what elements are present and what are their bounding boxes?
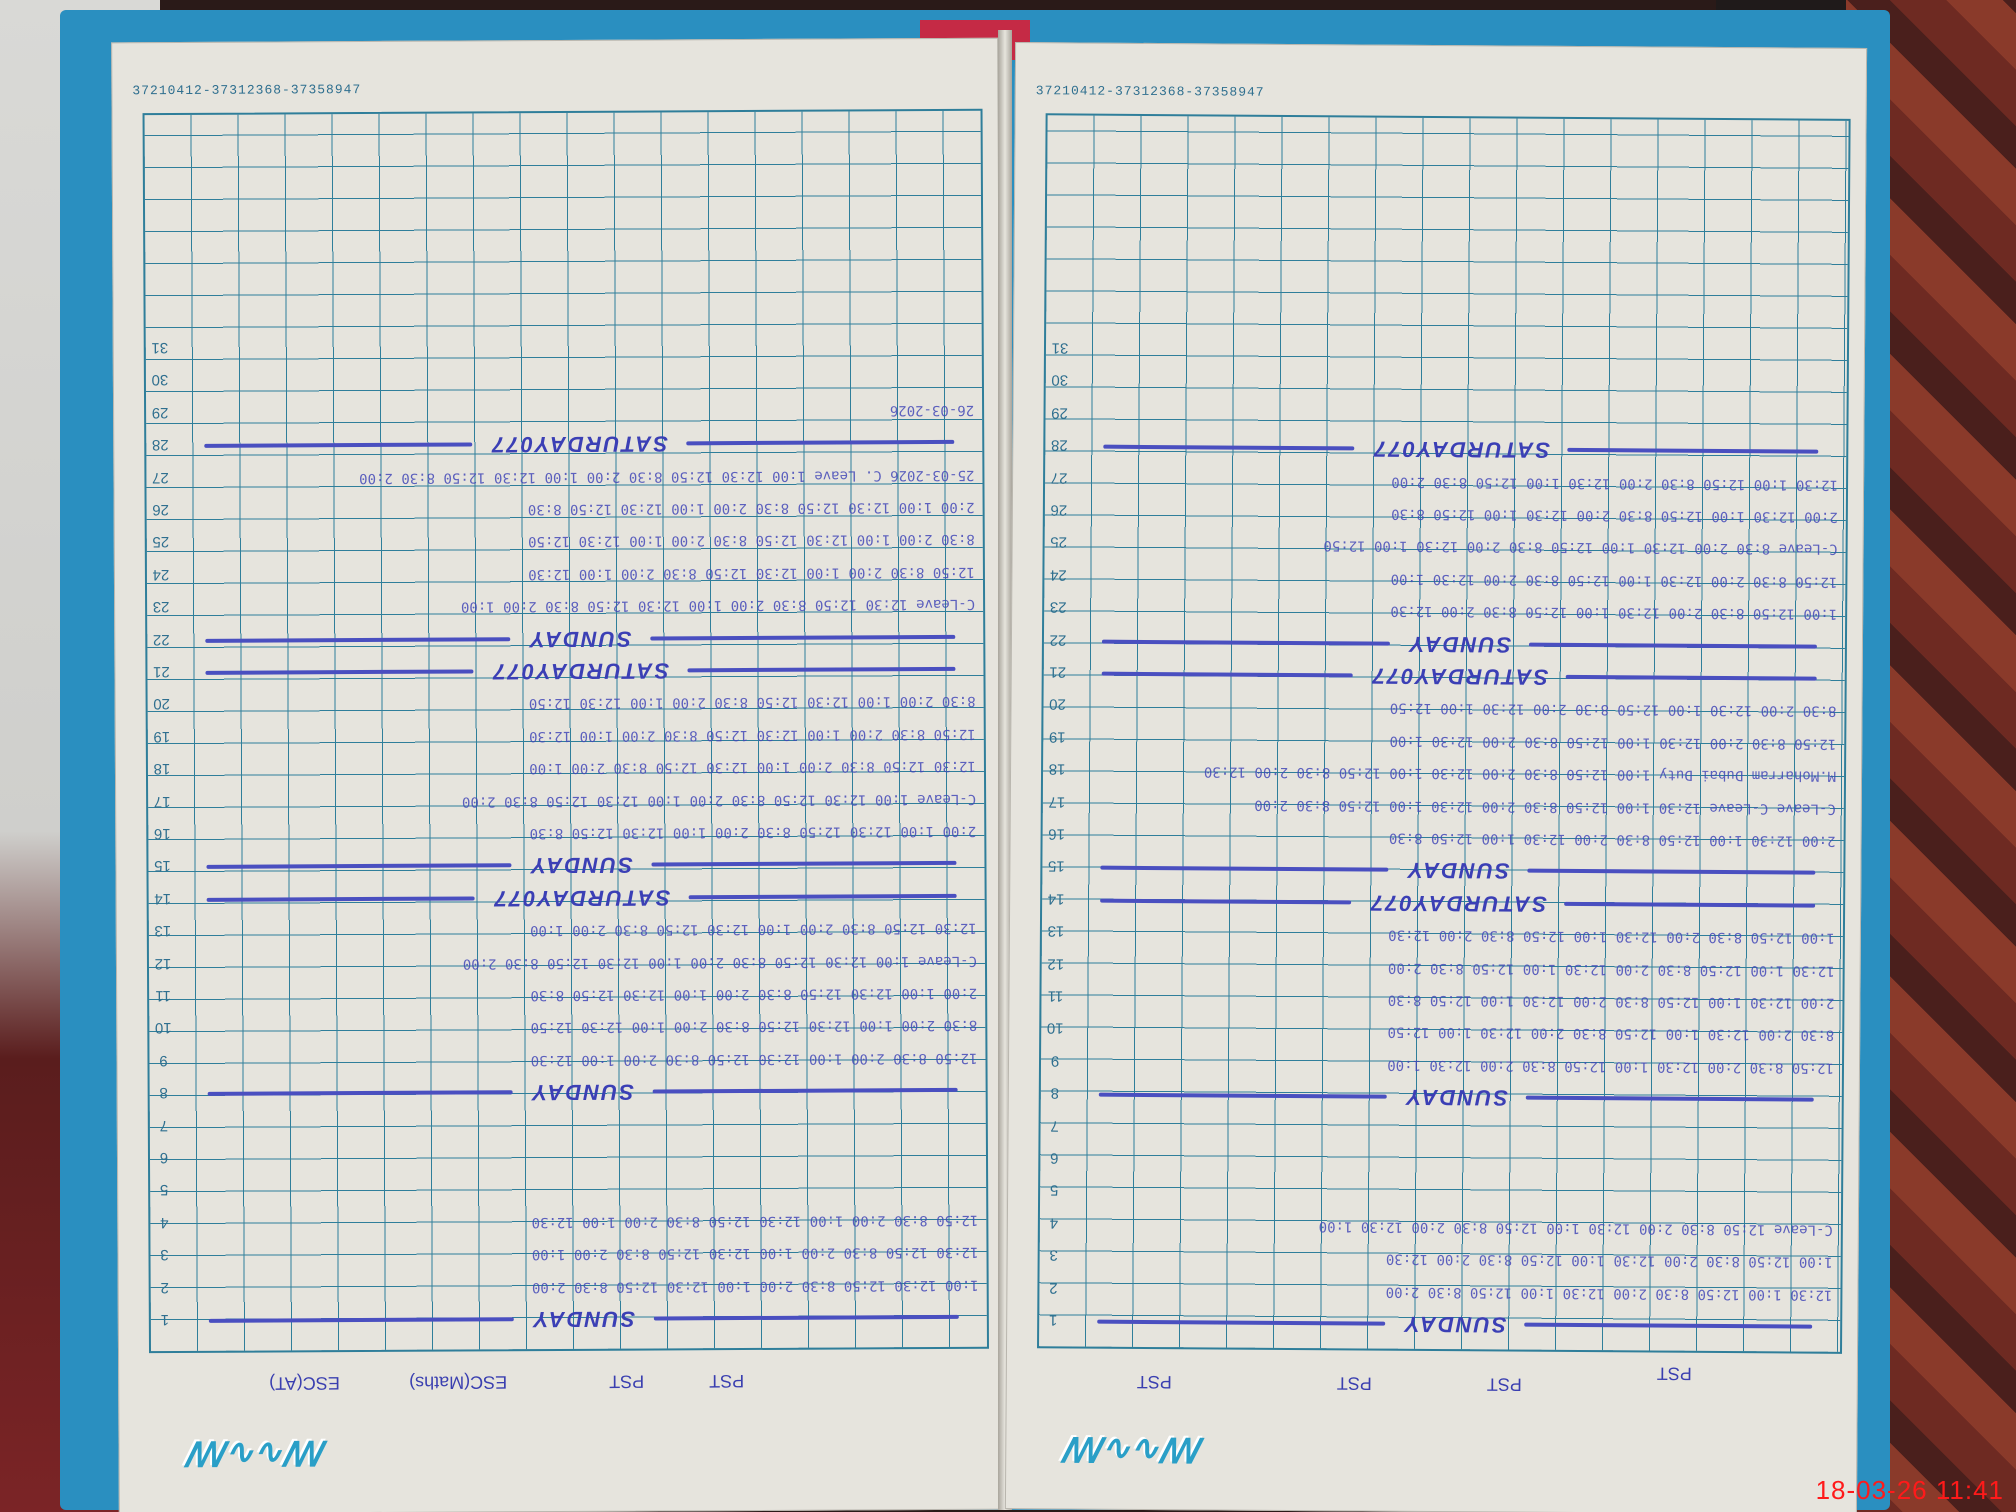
- row-number: 17: [1043, 793, 1071, 810]
- row-number: 1: [1039, 1311, 1067, 1328]
- day-banner: SATURDAY077: [207, 880, 957, 916]
- register-row: 15SUNDAY: [1040, 852, 1845, 890]
- day-banner: SUNDAY: [208, 1074, 958, 1110]
- row-number: 4: [1040, 1214, 1068, 1231]
- register-row: 131:00 12:50 8:30 2:00 12:30 1:00 12:50 …: [1040, 916, 1845, 954]
- row-number: 3: [150, 1246, 178, 1263]
- day-banner: SUNDAY: [1097, 1306, 1812, 1343]
- row-number: 2: [1039, 1279, 1067, 1296]
- row-number: 17: [148, 793, 176, 810]
- register-row: 912:50 8:30 2:00 1:00 12:30 12:50 8:30 2…: [147, 1042, 987, 1078]
- row-number: 2: [151, 1279, 179, 1296]
- row-number: 21: [1044, 663, 1072, 680]
- time-entries: 8:30 2:00 12:30 1:00 12:50 8:30 2:00 12:…: [1075, 1014, 1834, 1051]
- left-page-phone-header: 37210412-37312368-37358947: [132, 79, 977, 107]
- day-banner: SATURDAY077: [205, 653, 955, 689]
- register-row: 112:00 1:00 12:30 12:50 8:30 2:00 1:00 1…: [147, 977, 987, 1013]
- row-number: 31: [1046, 339, 1074, 356]
- register-row: 212:30 1:00 12:50 8:30 2:00 12:30 1:00 1…: [1037, 1273, 1842, 1311]
- row-number: 26: [1045, 501, 1073, 518]
- row-number: 3: [1040, 1246, 1068, 1263]
- register-row: 108:30 2:00 12:30 1:00 12:50 8:30 2:00 1…: [1039, 1014, 1844, 1052]
- register-row: 8SUNDAY: [148, 1074, 988, 1110]
- row-number: 18: [1043, 760, 1071, 777]
- register-row: 1912:50 8:30 2:00 1:00 12:30 12:50 8:30 …: [146, 718, 986, 754]
- row-number: 16: [1043, 825, 1071, 842]
- row-number: 24: [147, 566, 175, 583]
- time-entries: 12:30 1:00 12:50 8:30 2:00 12:30 1:00 12…: [1079, 463, 1838, 500]
- row-number: 22: [1044, 631, 1072, 648]
- time-entries: 12:50 8:30 2:00 1:00 12:30 12:50 8:30 2:…: [184, 1204, 978, 1240]
- register-row: 7: [148, 1106, 988, 1142]
- row-number: 15: [148, 857, 176, 874]
- footer-label: PST: [1657, 1363, 1692, 1384]
- register-row: 17C-Leave 1:00 12:30 12:50 8:30 2:00 1:0…: [146, 782, 986, 818]
- row-number: 8: [150, 1084, 178, 1101]
- row-number: 25: [1045, 534, 1073, 551]
- row-number: 13: [149, 922, 177, 939]
- row-number: 20: [1043, 696, 1071, 713]
- row-number: 12: [1042, 955, 1070, 972]
- right-page: 37210412-37312368-37358947 31302928SATUR…: [1005, 42, 1867, 1512]
- time-entries: 8:30 2:00 1:00 12:30 12:50 8:30 2:00 1:0…: [183, 1009, 977, 1045]
- row-number: 19: [1043, 728, 1071, 745]
- right-page-phone-header: 37210412-37312368-37358947: [1036, 83, 1846, 113]
- row-number: 27: [1045, 469, 1073, 486]
- row-number: 5: [1040, 1182, 1068, 1199]
- register-row: 208:30 2:00 12:30 1:00 12:50 8:30 2:00 1…: [1041, 690, 1846, 728]
- left-footer: PST PST ESC(Maths) ESC(AT) ꟿ∿∿ꟿ: [149, 1349, 990, 1493]
- row-number: 29: [1045, 404, 1073, 421]
- footer-label: PST: [1487, 1373, 1522, 1394]
- row-number: 18: [148, 760, 176, 777]
- time-entries: 12:50 8:30 2:00 1:00 12:30 12:50 8:30 2:…: [181, 556, 975, 592]
- time-entries: M.Moharram Dubai Duty 1:00 12:50 8:30 2:…: [1077, 755, 1836, 792]
- register-row: 1SUNDAY: [149, 1301, 989, 1337]
- register-row: 17C-Leave C-Leave 12:30 1:00 12:50 8:30 …: [1041, 787, 1846, 825]
- register-row: 1312:30 12:50 8:30 2:00 1:00 12:30 12:50…: [147, 912, 987, 948]
- register-row: 2412:50 8:30 2:00 12:30 1:00 12:50 8:30 …: [1042, 560, 1847, 598]
- time-entries: 2:00 1:00 12:30 12:50 8:30 2:00 1:00 12:…: [182, 815, 976, 851]
- day-banner: SUNDAY: [209, 1301, 959, 1337]
- row-number: 25: [147, 533, 175, 550]
- row-number: 8: [1041, 1084, 1069, 1101]
- register-row: 312:30 12:50 8:30 2:00 1:00 12:30 12:50 …: [148, 1236, 988, 1272]
- row-number: 11: [149, 987, 177, 1004]
- row-number: 30: [146, 371, 174, 388]
- register-row: 7: [1038, 1111, 1843, 1149]
- time-entries: 8:30 2:00 1:00 12:30 12:50 8:30 2:00 1:0…: [182, 685, 976, 721]
- time-entries: C-Leave 12:50 8:30 2:00 12:30 1:00 12:50…: [1074, 1208, 1833, 1245]
- register-row: 29: [1043, 398, 1848, 436]
- time-entries: 1:00 12:30 12:50 8:30 2:00 1:00 12:30 12…: [185, 1268, 979, 1304]
- time-entries: 8:30 2:00 1:00 12:30 12:50 8:30 2:00 1:0…: [181, 523, 975, 559]
- row-number: 7: [1041, 1117, 1069, 1134]
- day-banner: SUNDAY: [1100, 852, 1815, 889]
- time-entries: 2:00 12:30 1:00 12:50 8:30 2:00 12:30 1:…: [1079, 496, 1838, 533]
- register-row: 14SATURDAY077: [1040, 884, 1845, 922]
- right-rows: 31302928SATURDAY0772712:30 1:00 12:50 8:…: [1037, 333, 1849, 1314]
- register-row: 6: [1038, 1143, 1843, 1181]
- register-row: 2712:30 1:00 12:50 8:30 2:00 12:30 1:00 …: [1043, 463, 1848, 501]
- row-number: 20: [148, 695, 176, 712]
- register-row: 8SUNDAY: [1039, 1078, 1844, 1116]
- time-entries: 12:30 12:50 8:30 2:00 1:00 12:30 12:50 8…: [183, 912, 977, 948]
- row-number: 15: [1042, 858, 1070, 875]
- footer-label: PST: [709, 1370, 744, 1391]
- register-row: 25C-Leave 8:30 2:00 12:30 1:00 12:50 8:3…: [1043, 528, 1848, 566]
- row-number: 11: [1041, 987, 1069, 1004]
- register-row: 31:00 12:50 8:30 2:00 12:30 1:00 12:50 8…: [1038, 1240, 1843, 1278]
- row-number: 28: [146, 436, 174, 453]
- row-number: 9: [1041, 1052, 1069, 1069]
- row-number: 31: [146, 339, 174, 356]
- register-row: 4C-Leave 12:50 8:30 2:00 12:30 1:00 12:5…: [1038, 1208, 1843, 1246]
- register-row: 2926-03-2026: [144, 394, 984, 430]
- row-number: 29: [146, 404, 174, 421]
- footer-label: ESC(AT): [269, 1372, 340, 1393]
- register-row: 2725-03-2026 C. Leave 1:00 12:30 12:50 8…: [144, 458, 984, 494]
- register-row: 1912:50 8:30 2:00 12:30 1:00 12:50 8:30 …: [1041, 722, 1846, 760]
- time-entries: 12:50 8:30 2:00 12:30 1:00 12:50 8:30 2:…: [1077, 722, 1836, 759]
- row-number: 6: [1040, 1149, 1068, 1166]
- register-row: 162:00 1:00 12:30 12:50 8:30 2:00 1:00 1…: [146, 815, 986, 851]
- row-number: 10: [149, 1019, 177, 1036]
- row-number: 9: [149, 1052, 177, 1069]
- register-row: 22SUNDAY: [145, 620, 985, 656]
- row-number: 22: [147, 631, 175, 648]
- row-number: 24: [1044, 566, 1072, 583]
- publisher-logo: ꟿ∿∿ꟿ: [1066, 1428, 1205, 1469]
- camera-timestamp: 18-03-26 11:41: [1816, 1475, 2004, 1506]
- register-row: 108:30 2:00 1:00 12:30 12:50 8:30 2:00 1…: [147, 1009, 987, 1045]
- row-number: 5: [150, 1181, 178, 1198]
- row-number: 16: [148, 825, 176, 842]
- time-entries: 12:50 8:30 2:00 12:30 1:00 12:50 8:30 2:…: [1075, 1046, 1834, 1083]
- time-entries: 12:50 8:30 2:00 12:30 1:00 12:50 8:30 2:…: [1078, 560, 1837, 597]
- register-row: 912:50 8:30 2:00 12:30 1:00 12:50 8:30 2…: [1039, 1046, 1844, 1084]
- day-banner: SUNDAY: [1102, 625, 1817, 662]
- register-row: 22SUNDAY: [1042, 625, 1847, 663]
- row-number: 6: [150, 1149, 178, 1166]
- footer-label: PST: [1337, 1372, 1372, 1393]
- register-row: 1812:30 12:50 8:30 2:00 1:00 12:30 12:50…: [146, 750, 986, 786]
- register-row: 5: [1038, 1176, 1843, 1214]
- time-entries: 8:30 2:00 12:30 1:00 12:50 8:30 2:00 12:…: [1077, 690, 1836, 727]
- day-banner: SUNDAY: [1099, 1079, 1814, 1116]
- register-row: 12C-Leave 1:00 12:30 12:50 8:30 2:00 1:0…: [147, 944, 987, 980]
- register-row: 15SUNDAY: [146, 847, 986, 883]
- right-footer: PST PST PST PST ꟿ∿∿ꟿ: [1036, 1348, 1842, 1494]
- row-number: 23: [147, 598, 175, 615]
- register-row: 31: [1044, 333, 1849, 371]
- time-entries: C-Leave 12:30 12:50 8:30 2:00 1:00 12:30…: [181, 588, 975, 624]
- register-row: 31: [144, 329, 984, 365]
- time-entries: 12:50 8:30 2:00 1:00 12:30 12:50 8:30 2:…: [182, 718, 976, 754]
- register-row: 21:00 12:30 12:50 8:30 2:00 1:00 12:30 1…: [149, 1268, 989, 1304]
- register-row: 23C-Leave 12:30 12:50 8:30 2:00 1:00 12:…: [145, 588, 985, 624]
- time-entries: 25-03-2026 C. Leave 1:00 12:30 12:50 8:3…: [180, 458, 974, 494]
- register-row: 262:00 1:00 12:30 12:50 8:30 2:00 1:00 1…: [145, 491, 985, 527]
- register-row: 2412:50 8:30 2:00 1:00 12:30 12:50 8:30 …: [145, 556, 985, 592]
- time-entries: C-Leave 1:00 12:30 12:50 8:30 2:00 1:00 …: [183, 944, 977, 980]
- row-number: 19: [148, 728, 176, 745]
- row-number: 13: [1042, 922, 1070, 939]
- register-row: 28SATURDAY077: [144, 426, 984, 462]
- time-entries: 1:00 12:50 8:30 2:00 12:30 1:00 12:50 8:…: [1078, 593, 1837, 630]
- left-page: 37210412-37312368-37358947 31302926-03-2…: [111, 38, 1006, 1512]
- register-row: 1SUNDAY: [1037, 1305, 1842, 1343]
- time-entries: 2:00 1:00 12:30 12:50 8:30 2:00 1:00 12:…: [181, 491, 975, 527]
- register-row: 412:50 8:30 2:00 1:00 12:30 12:50 8:30 2…: [148, 1204, 988, 1240]
- register-row: 30: [144, 361, 984, 397]
- left-rows: 31302926-03-202628SATURDAY0772725-03-202…: [144, 329, 989, 1313]
- row-number: 27: [146, 469, 174, 486]
- footer-label: ESC(Maths): [409, 1371, 507, 1393]
- publisher-logo: ꟿ∿∿ꟿ: [189, 1432, 328, 1473]
- day-banner: SATURDAY077: [1100, 884, 1815, 921]
- row-number: 30: [1046, 372, 1074, 389]
- register-row: 208:30 2:00 1:00 12:30 12:50 8:30 2:00 1…: [146, 685, 986, 721]
- register-row: 21SATURDAY077: [145, 653, 985, 689]
- time-entries: 2:00 12:30 1:00 12:50 8:30 2:00 12:30 1:…: [1075, 981, 1834, 1018]
- day-banner: SUNDAY: [205, 621, 955, 657]
- time-entries: C-Leave 1:00 12:30 12:50 8:30 2:00 1:00 …: [182, 782, 976, 818]
- row-number: 7: [150, 1117, 178, 1134]
- time-entries: 12:30 1:00 12:50 8:30 2:00 12:30 1:00 12…: [1073, 1273, 1832, 1310]
- footer-label: PST: [1137, 1371, 1172, 1392]
- register-row: 18M.Moharram Dubai Duty 1:00 12:50 8:30 …: [1041, 754, 1846, 792]
- time-entries: 1:00 12:50 8:30 2:00 12:30 1:00 12:50 8:…: [1074, 1241, 1833, 1278]
- time-entries: C-Leave 8:30 2:00 12:30 1:00 12:50 8:30 …: [1079, 528, 1838, 565]
- time-entries: 12:30 1:00 12:50 8:30 2:00 12:30 1:00 12…: [1076, 949, 1835, 986]
- register-row: 231:00 12:50 8:30 2:00 12:30 1:00 12:50 …: [1042, 592, 1847, 630]
- row-number: 23: [1044, 598, 1072, 615]
- row-number: 21: [147, 663, 175, 680]
- row-number: 1: [151, 1311, 179, 1328]
- row-number: 14: [149, 890, 177, 907]
- register-row: 30: [1044, 366, 1849, 404]
- row-number: 10: [1041, 1020, 1069, 1037]
- time-entries: 12:50 8:30 2:00 1:00 12:30 12:50 8:30 2:…: [183, 1042, 977, 1078]
- row-number: 14: [1042, 890, 1070, 907]
- row-number: 28: [1045, 436, 1073, 453]
- register-row: 258:30 2:00 1:00 12:30 12:50 8:30 2:00 1…: [145, 523, 985, 559]
- register-row: 1212:30 1:00 12:50 8:30 2:00 12:30 1:00 …: [1040, 949, 1845, 987]
- day-banner: SUNDAY: [206, 847, 956, 883]
- day-banner: SATURDAY077: [204, 426, 954, 462]
- register-row: 162:00 12:30 1:00 12:50 8:30 2:00 12:30 …: [1040, 819, 1845, 857]
- row-number: 12: [149, 955, 177, 972]
- time-entries: 1:00 12:50 8:30 2:00 12:30 1:00 12:50 8:…: [1076, 917, 1835, 954]
- time-entries: 2:00 12:30 1:00 12:50 8:30 2:00 12:30 1:…: [1076, 819, 1835, 856]
- register-row: 14SATURDAY077: [147, 880, 987, 916]
- day-banner: SATURDAY077: [1103, 431, 1818, 468]
- register-row: 6: [148, 1139, 988, 1175]
- note: 26-03-2026: [180, 394, 974, 430]
- footer-label: PST: [609, 1371, 644, 1392]
- time-entries: 2:00 1:00 12:30 12:50 8:30 2:00 1:00 12:…: [183, 977, 977, 1013]
- row-number: 26: [147, 501, 175, 518]
- row-number: 4: [150, 1214, 178, 1231]
- time-entries: C-Leave C-Leave 12:30 1:00 12:50 8:30 2:…: [1077, 787, 1836, 824]
- time-entries: 12:30 12:50 8:30 2:00 1:00 12:30 12:50 8…: [184, 1236, 978, 1272]
- register-row: 5: [148, 1171, 988, 1207]
- register-row: 28SATURDAY077: [1043, 430, 1848, 468]
- time-entries: 12:30 12:50 8:30 2:00 1:00 12:30 12:50 8…: [182, 750, 976, 786]
- day-banner: SATURDAY077: [1102, 658, 1817, 695]
